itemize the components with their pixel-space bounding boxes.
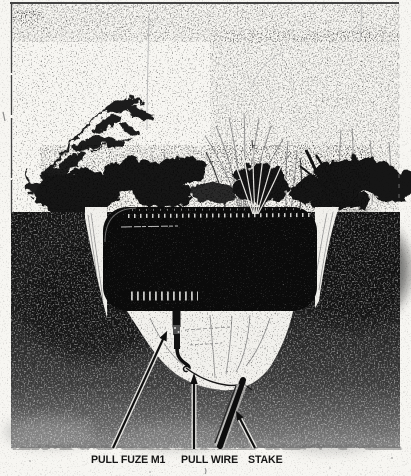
- scan-noise-overlay: [0, 0, 411, 476]
- illustration-canvas: [0, 0, 411, 476]
- label-pull-fuze-m1: PULL FUZE M1: [91, 454, 165, 466]
- figure-buried-mine-illustration: PULL FUZE M1 PULL WIRE STAKE: [0, 0, 411, 476]
- label-stake: STAKE: [248, 454, 283, 466]
- label-pull-wire: PULL WIRE: [181, 454, 238, 466]
